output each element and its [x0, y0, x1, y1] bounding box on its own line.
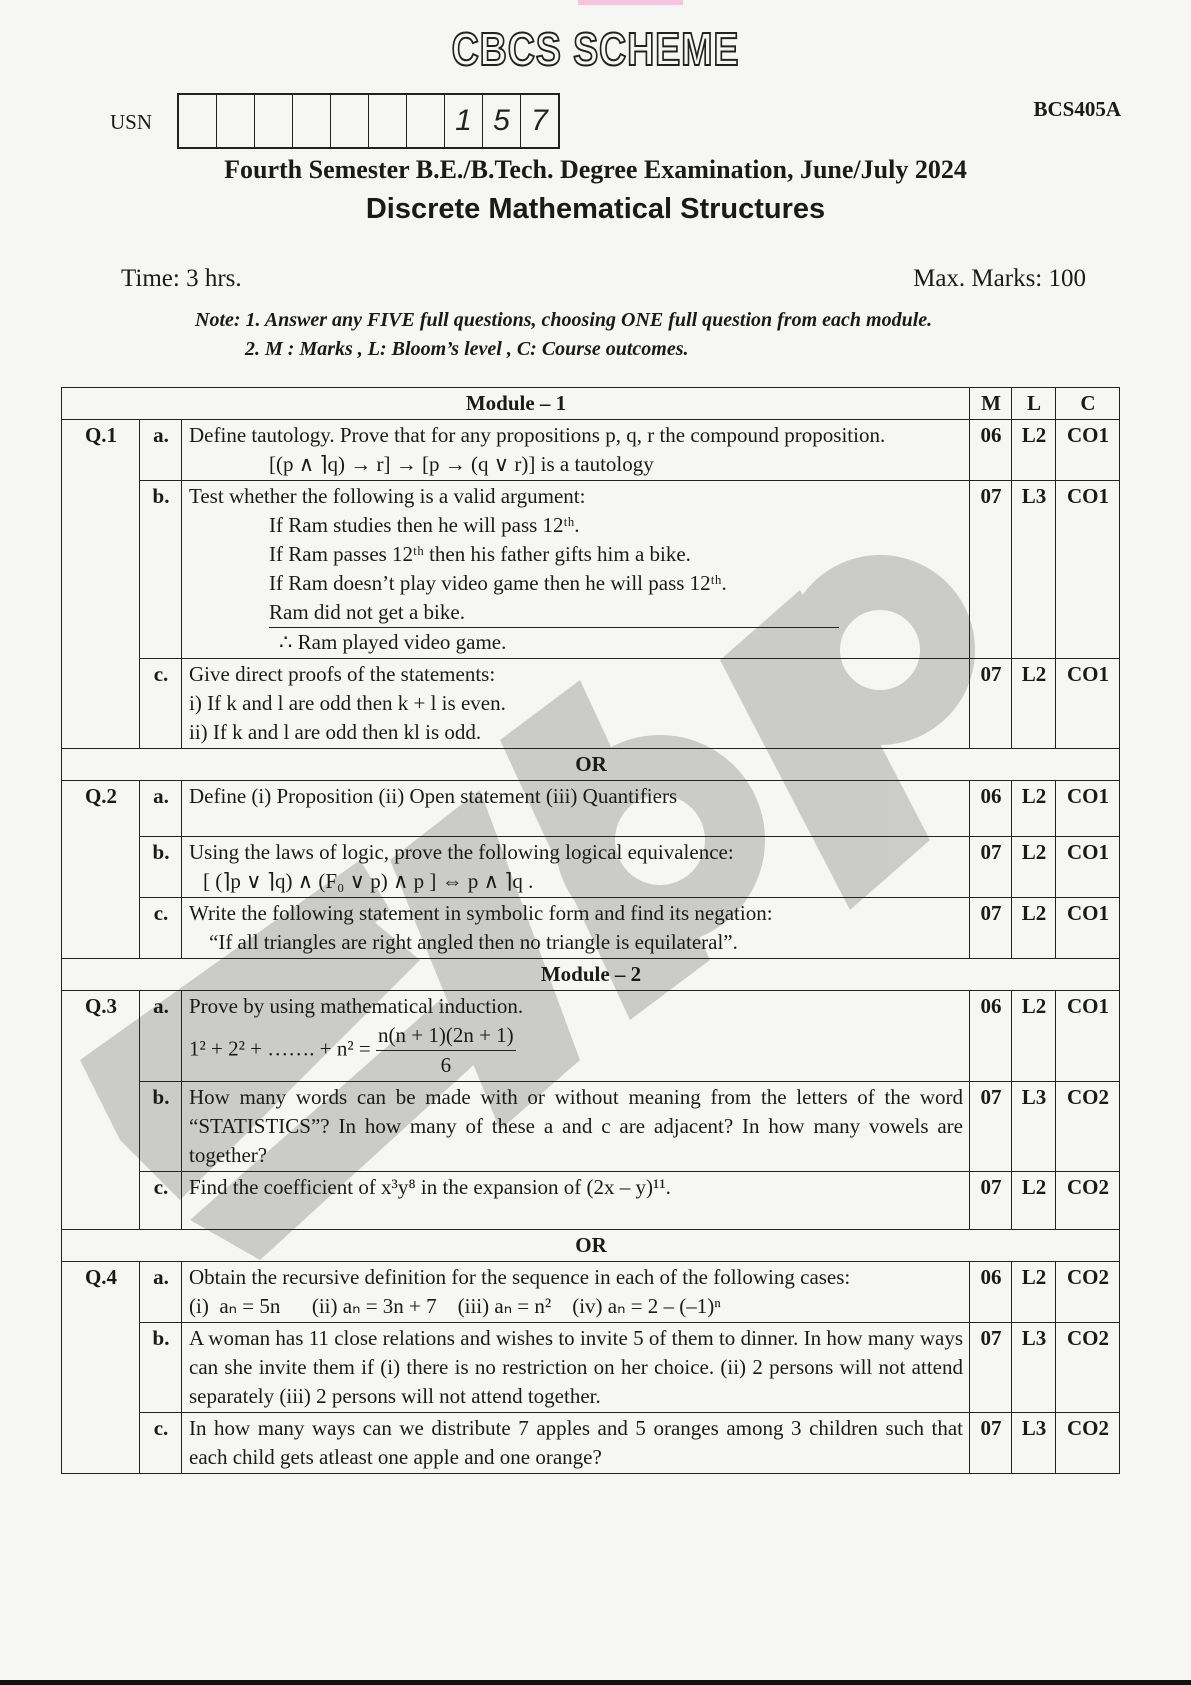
part-label: a. — [140, 1262, 182, 1323]
question-number: Q.1 — [62, 420, 140, 749]
blooms-level: L2 — [1012, 898, 1056, 959]
blooms-level: L2 — [1012, 781, 1056, 837]
table-row: c. In how many ways can we distribute 7 … — [62, 1413, 1120, 1474]
table-row: b. A woman has 11 close relations and wi… — [62, 1323, 1120, 1413]
part-label: b. — [140, 1082, 182, 1172]
or-row: OR — [62, 1230, 1120, 1262]
marks: 07 — [970, 1172, 1012, 1230]
col-marks-header: M — [970, 388, 1012, 420]
question-line: Using the laws of logic, prove the follo… — [189, 838, 963, 867]
usn-digit — [179, 95, 217, 147]
question-text: Write the following statement in symboli… — [182, 898, 970, 959]
or-divider: OR — [62, 749, 1120, 781]
usn-digit: 1 — [445, 95, 483, 147]
usn-digit: 5 — [483, 95, 521, 147]
course-outcome: CO2 — [1056, 1262, 1120, 1323]
subject-title: Discrete Mathematical Structures — [0, 193, 1191, 226]
table-row: Q.4 a. Obtain the recursive definition f… — [62, 1262, 1120, 1323]
note-line-1: Note: 1. Answer any FIVE full questions,… — [195, 306, 932, 335]
question-line: Give direct proofs of the statements: — [189, 660, 963, 689]
note-line-2: 2. M : Marks , L: Bloom’s level , C: Cou… — [195, 335, 932, 364]
course-outcome: CO1 — [1056, 837, 1120, 898]
course-outcome: CO2 — [1056, 1082, 1120, 1172]
marks: 07 — [970, 659, 1012, 749]
formula-lhs: 1² + 2² + ……. + n² = — [189, 1036, 371, 1060]
course-outcome: CO1 — [1056, 898, 1120, 959]
formula: [ (⌉p ∨ ⌉q) ∧ (F₀ ∨ p) ∧ p ] ⇔ p ∧ ⌉q . — [189, 867, 963, 896]
usn-digit — [407, 95, 445, 147]
marks: 07 — [970, 1082, 1012, 1172]
course-outcome: CO1 — [1056, 991, 1120, 1082]
premise: If Ram passes 12ᵗʰ then his father gifts… — [189, 540, 963, 569]
marks: 06 — [970, 991, 1012, 1082]
question-text: Give direct proofs of the statements: i)… — [182, 659, 970, 749]
marks: 07 — [970, 837, 1012, 898]
question-line: Obtain the recursive definition for the … — [189, 1263, 963, 1292]
marks: 06 — [970, 781, 1012, 837]
question-text: In how many ways can we distribute 7 app… — [182, 1413, 970, 1474]
or-divider: OR — [62, 1230, 1120, 1262]
question-table: Module – 1 M L C Q.1 a. Define tautology… — [61, 387, 1120, 1474]
table-row: Q.3 a. Prove by using mathematical induc… — [62, 991, 1120, 1082]
blooms-level: L2 — [1012, 1262, 1056, 1323]
time-allowed: Time: 3 hrs. — [121, 265, 242, 293]
quoted-statement: “If all triangles are right angled then … — [189, 928, 963, 957]
course-outcome: CO2 — [1056, 1413, 1120, 1474]
marks: 07 — [970, 898, 1012, 959]
blooms-level: L2 — [1012, 420, 1056, 481]
module-1-heading: Module – 1 — [62, 388, 970, 420]
instructions-note: Note: 1. Answer any FIVE full questions,… — [195, 306, 932, 364]
part-label: b. — [140, 837, 182, 898]
blooms-level: L3 — [1012, 1413, 1056, 1474]
usn-boxes: 1 5 7 — [177, 93, 560, 149]
table-row: c. Give direct proofs of the statements:… — [62, 659, 1120, 749]
marks: 07 — [970, 1323, 1012, 1413]
part-label: c. — [140, 1172, 182, 1230]
course-outcome: CO2 — [1056, 1172, 1120, 1230]
usn-digit — [331, 95, 369, 147]
part-label: c. — [140, 1413, 182, 1474]
question-line: Define tautology. Prove that for any pro… — [189, 421, 963, 450]
question-number: Q.4 — [62, 1262, 140, 1474]
formula: [(p ∧ ⌉q) → r] → [p → (q ∨ r)] is a taut… — [189, 450, 963, 479]
course-outcome: CO2 — [1056, 1323, 1120, 1413]
fraction-numerator: n(n + 1)(2n + 1) — [376, 1021, 516, 1051]
part-label: a. — [140, 420, 182, 481]
part-label: b. — [140, 481, 182, 659]
question-number: Q.3 — [62, 991, 140, 1230]
table-row: Q.1 a. Define tautology. Prove that for … — [62, 420, 1120, 481]
part-label: a. — [140, 991, 182, 1082]
blooms-level: L3 — [1012, 1082, 1056, 1172]
col-level-header: L — [1012, 388, 1056, 420]
course-code: BCS405A — [1033, 97, 1121, 122]
fraction-denominator: 6 — [376, 1051, 516, 1080]
question-text: Test whether the following is a valid ar… — [182, 481, 970, 659]
table-row: Q.2 a. Define (i) Proposition (ii) Open … — [62, 781, 1120, 837]
part-label: a. — [140, 781, 182, 837]
question-line: Test whether the following is a valid ar… — [189, 482, 963, 511]
course-outcome: CO1 — [1056, 481, 1120, 659]
blooms-level: L2 — [1012, 1172, 1056, 1230]
scheme-heading: CBCS SCHEME — [107, 22, 1084, 76]
usn-digit — [293, 95, 331, 147]
module-1-header-row: Module – 1 M L C — [62, 388, 1120, 420]
marks: 07 — [970, 1413, 1012, 1474]
col-outcome-header: C — [1056, 388, 1120, 420]
induction-formula: 1² + 2² + ……. + n² = n(n + 1)(2n + 1) 6 — [189, 1021, 963, 1080]
course-outcome: CO1 — [1056, 781, 1120, 837]
table-row: c. Write the following statement in symb… — [62, 898, 1120, 959]
page-bottom-edge — [0, 1680, 1191, 1685]
part-label: c. — [140, 659, 182, 749]
usn-digit — [369, 95, 407, 147]
question-text: Define (i) Proposition (ii) Open stateme… — [182, 781, 970, 837]
table-row: b. Using the laws of logic, prove the fo… — [62, 837, 1120, 898]
sequence-cases: (i) aₙ = 5n (ii) aₙ = 3n + 7 (iii) aₙ = … — [189, 1292, 963, 1321]
part-label: c. — [140, 898, 182, 959]
blooms-level: L3 — [1012, 481, 1056, 659]
premise: If Ram studies then he will pass 12ᵗʰ. — [189, 511, 963, 540]
part-label: b. — [140, 1323, 182, 1413]
max-marks: Max. Marks: 100 — [913, 265, 1086, 293]
usn-digit: 7 — [521, 95, 558, 147]
exam-title: Fourth Semester B.E./B.Tech. Degree Exam… — [0, 155, 1191, 185]
or-row: OR — [62, 749, 1120, 781]
conclusion: ∴ Ram played video game. — [269, 627, 839, 657]
module-2-heading: Module – 2 — [62, 959, 1120, 991]
top-color-strip — [578, 0, 683, 5]
question-text: How many words can be made with or witho… — [182, 1082, 970, 1172]
course-outcome: CO1 — [1056, 420, 1120, 481]
usn-digit — [217, 95, 255, 147]
blooms-level: L2 — [1012, 659, 1056, 749]
question-text: Using the laws of logic, prove the follo… — [182, 837, 970, 898]
sub-item: i) If k and l are odd then k + l is even… — [189, 689, 963, 718]
table-row: b. How many words can be made with or wi… — [62, 1082, 1120, 1172]
fraction: n(n + 1)(2n + 1) 6 — [376, 1021, 516, 1080]
marks: 06 — [970, 1262, 1012, 1323]
table-row: c. Find the coefficient of x³y⁸ in the e… — [62, 1172, 1120, 1230]
marks: 07 — [970, 481, 1012, 659]
course-outcome: CO1 — [1056, 659, 1120, 749]
question-text: A woman has 11 close relations and wishe… — [182, 1323, 970, 1413]
marks: 06 — [970, 420, 1012, 481]
question-number: Q.2 — [62, 781, 140, 959]
premise: If Ram doesn’t play video game then he w… — [189, 569, 963, 598]
blooms-level: L2 — [1012, 837, 1056, 898]
usn-label: USN — [110, 110, 152, 135]
question-text: Find the coefficient of x³y⁸ in the expa… — [182, 1172, 970, 1230]
question-text: Obtain the recursive definition for the … — [182, 1262, 970, 1323]
question-line: Write the following statement in symboli… — [189, 899, 963, 928]
question-text: Prove by using mathematical induction. 1… — [182, 991, 970, 1082]
usn-digit — [255, 95, 293, 147]
module-2-header-row: Module – 2 — [62, 959, 1120, 991]
question-text: Define tautology. Prove that for any pro… — [182, 420, 970, 481]
question-line: Prove by using mathematical induction. — [189, 992, 963, 1021]
premise: Ram did not get a bike. — [189, 598, 963, 627]
sub-item: ii) If k and l are odd then kl is odd. — [189, 718, 963, 747]
blooms-level: L2 — [1012, 991, 1056, 1082]
table-row: b. Test whether the following is a valid… — [62, 481, 1120, 659]
blooms-level: L3 — [1012, 1323, 1056, 1413]
